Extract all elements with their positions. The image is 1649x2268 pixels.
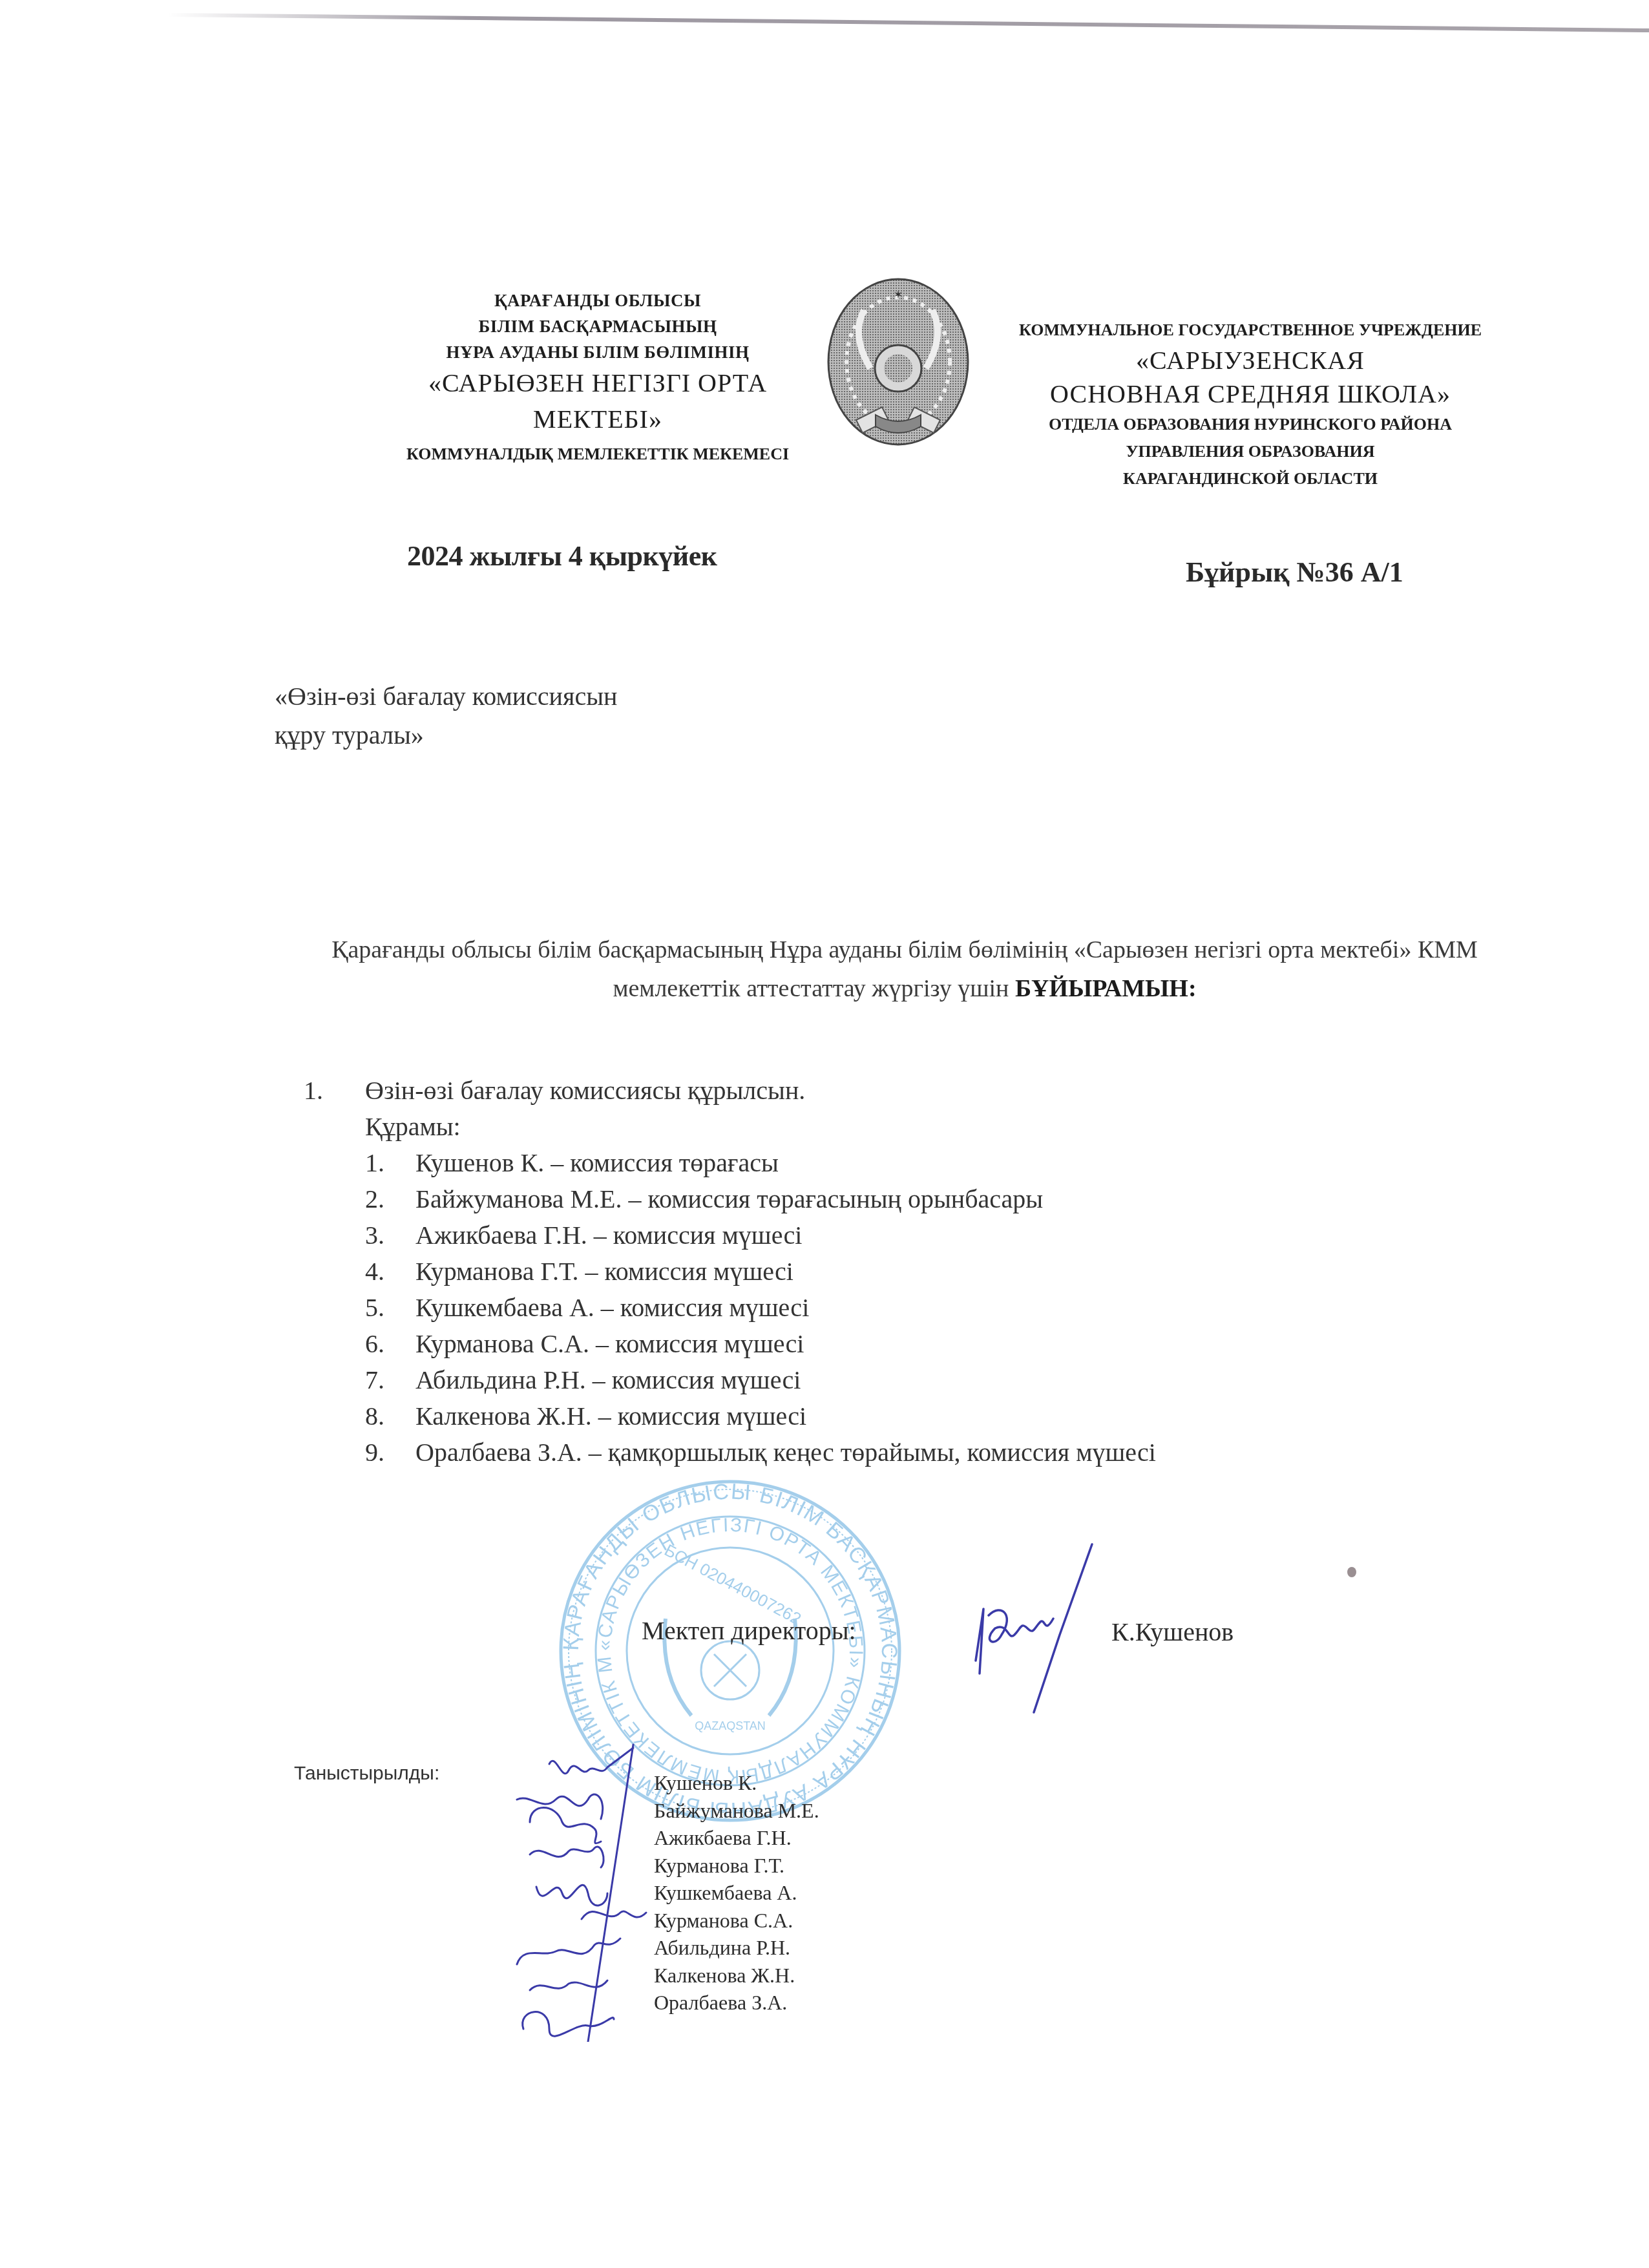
acknowledgment-label: Таныстырылды: — [294, 1763, 439, 1785]
header-kz-line: БІЛІМ БАСҚАРМАСЫНЫҢ — [388, 313, 808, 339]
header-ru-line: ОТДЕЛА ОБРАЗОВАНИЯ НУРИНСКОГО РАЙОНА — [1005, 411, 1496, 438]
member-number: 7. — [365, 1362, 415, 1398]
commission-member-item: 7.Абильдина Р.Н. – комиссия мүшесі — [365, 1362, 1156, 1398]
order-subject: «Өзін-өзі бағалау комиссиясын құру турал… — [275, 677, 617, 755]
member-text: Оралбаева З.А. – қамқоршылық кеңес төрай… — [415, 1438, 1156, 1467]
member-text: Кушкембаева А. – комиссия мүшесі — [415, 1293, 809, 1322]
acknowledgment-name: Ажикбаева Г.Н. — [654, 1824, 819, 1852]
institution-type-kz: КОММУНАЛДЫҚ МЕМЛЕКЕТТІК МЕКЕМЕСІ — [388, 440, 808, 468]
order-preamble: Қарағанды облысы білім басқармасының Нұр… — [275, 930, 1535, 1008]
acknowledgment-name: Кушенов К. — [654, 1769, 819, 1797]
commission-members-list: 1.Кушенов К. – комиссия төрағасы2.Байжум… — [304, 1145, 1156, 1471]
preamble-emphasis: БҰЙЫРАМЫН: — [1015, 975, 1197, 1002]
commission-member-item: 2.Байжуманова М.Е. – комиссия төрағасыны… — [365, 1181, 1156, 1217]
order-items: 1.Өзін-өзі бағалау комиссиясы құрылсын. … — [304, 1073, 1156, 1471]
commission-member-item: 4.Курманова Г.Т. – комиссия мүшесі — [365, 1254, 1156, 1290]
member-text: Абильдина Р.Н. – комиссия мүшесі — [415, 1365, 801, 1394]
acknowledgment-name: Курманова С.А. — [654, 1907, 819, 1935]
header-ru-line: УПРАВЛЕНИЯ ОБРАЗОВАНИЯ — [1005, 438, 1496, 465]
preamble-text: Қарағанды облысы білім басқармасының Нұр… — [331, 936, 1478, 1002]
header-russian: КОММУНАЛЬНОЕ ГОСУДАРСТВЕННОЕ УЧРЕЖДЕНИЕ … — [1005, 317, 1496, 492]
acknowledgment-name: Калкенова Ж.Н. — [654, 1962, 819, 1990]
school-name-kz-line1: «САРЫӨЗЕН НЕГІЗГІ ОРТА — [388, 365, 808, 401]
member-number: 1. — [365, 1145, 415, 1181]
member-text: Кушенов К. – комиссия төрағасы — [415, 1148, 779, 1177]
director-label: Мектеп директоры: — [642, 1615, 856, 1646]
member-number: 8. — [365, 1398, 415, 1434]
commission-member-item: 5.Кушкембаева А. – комиссия мүшесі — [365, 1290, 1156, 1326]
header-kz-line: НҰРА АУДАНЫ БІЛІМ БӨЛІМІНІҢ — [388, 339, 808, 365]
member-number: 2. — [365, 1181, 415, 1217]
member-text: Курманова Г.Т. – комиссия мүшесі — [415, 1257, 793, 1286]
director-name: К.Кушенов — [1111, 1617, 1234, 1647]
director-signature-icon — [963, 1538, 1105, 1719]
order-item-number: 1. — [304, 1073, 365, 1109]
subject-line2: құру туралы» — [275, 716, 617, 755]
member-text: Байжуманова М.Е. – комиссия төрағасының … — [415, 1184, 1043, 1213]
order-date: 2024 жылғы 4 қыркүйек — [407, 540, 717, 572]
svg-text:✶: ✶ — [893, 288, 903, 301]
member-number: 3. — [365, 1217, 415, 1254]
header-ru-line: КАРАГАНДИНСКОЙ ОБЛАСТИ — [1005, 465, 1496, 492]
acknowledgment-name: Курманова Г.Т. — [654, 1852, 819, 1880]
school-name-ru-line2: ОСНОВНАЯ СРЕДНЯЯ ШКОЛА» — [1005, 377, 1496, 411]
header-kazakh: ҚАРАҒАНДЫ ОБЛЫСЫ БІЛІМ БАСҚАРМАСЫНЫҢ НҰР… — [388, 288, 808, 468]
member-text: Ажикбаева Г.Н. – комиссия мүшесі — [415, 1221, 802, 1250]
acknowledgment-signatures-icon — [491, 1738, 672, 2042]
institution-type-ru: КОММУНАЛЬНОЕ ГОСУДАРСТВЕННОЕ УЧРЕЖДЕНИЕ — [1005, 317, 1496, 344]
member-text: Курманова С.А. – комиссия мүшесі — [415, 1329, 804, 1358]
state-emblem-icon: ✶ — [817, 271, 979, 465]
acknowledgment-name: Абильдина Р.Н. — [654, 1934, 819, 1962]
commission-member-item: 8.Калкенова Ж.Н. – комиссия мүшесі — [365, 1398, 1156, 1434]
order-number: Бұйрық №36 А/1 — [1186, 556, 1403, 589]
member-text: Калкенова Ж.Н. – комиссия мүшесі — [415, 1402, 806, 1431]
acknowledgment-list: Кушенов К.Байжуманова М.Е.Ажикбаева Г.Н.… — [654, 1769, 819, 2017]
scan-artifact-line — [168, 13, 1649, 32]
acknowledgment-name: Байжуманова М.Е. — [654, 1797, 819, 1825]
acknowledgment-name: Кушкембаева А. — [654, 1879, 819, 1907]
school-name-kz-line2: МЕКТЕБІ» — [388, 401, 808, 437]
commission-member-item: 6.Курманова С.А. – комиссия мүшесі — [365, 1326, 1156, 1362]
member-number: 5. — [365, 1290, 415, 1326]
acknowledgment-name: Оралбаева З.А. — [654, 1989, 819, 2017]
order-item: 1.Өзін-өзі бағалау комиссиясы құрылсын. — [304, 1073, 1156, 1109]
header-kz-line: ҚАРАҒАНДЫ ОБЛЫСЫ — [388, 288, 808, 313]
stamp-emblem-caption: QAZAQSTAN — [695, 1719, 766, 1732]
commission-member-item: 3.Ажикбаева Г.Н. – комиссия мүшесі — [365, 1217, 1156, 1254]
scan-speck — [1347, 1567, 1356, 1577]
school-name-ru-line1: «САРЫУЗЕНСКАЯ — [1005, 344, 1496, 377]
composition-label: Құрамы: — [304, 1109, 1156, 1145]
order-item-text: Өзін-өзі бағалау комиссиясы құрылсын. — [365, 1076, 805, 1105]
commission-member-item: 9.Оралбаева З.А. – қамқоршылық кеңес төр… — [365, 1434, 1156, 1471]
commission-member-item: 1.Кушенов К. – комиссия төрағасы — [365, 1145, 1156, 1181]
member-number: 6. — [365, 1326, 415, 1362]
member-number: 9. — [365, 1434, 415, 1471]
subject-line1: «Өзін-өзі бағалау комиссиясын — [275, 677, 617, 716]
member-number: 4. — [365, 1254, 415, 1290]
